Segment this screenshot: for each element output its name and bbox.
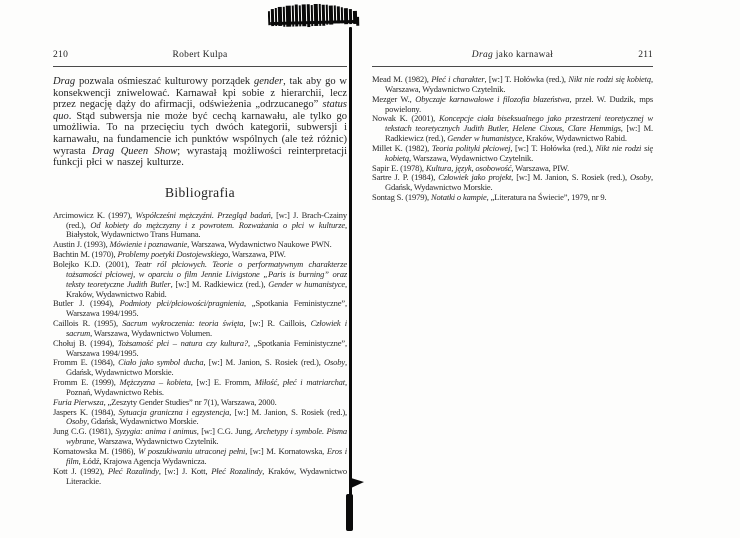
page-right: Drag jako karnawał 211 Mead M. (1982), P…: [372, 50, 653, 203]
bibliography-list-right: Mead M. (1982), Płeć i charakter, [w:] T…: [372, 75, 653, 203]
bibliography-entry: Mezger W., Obyczaje karnawałowe i filozo…: [372, 95, 653, 115]
page-number-left: 210: [53, 50, 68, 60]
bibliography-entry: Fromm E. (1999), Mężczyzna – kobieta, [w…: [53, 378, 347, 398]
bibliography-entry: Jaspers K. (1984), Sytuacja graniczna i …: [53, 408, 347, 428]
bibliography-entry: Nowak K. (2001), Koncepcje ciała biseksu…: [372, 114, 653, 144]
bibliography-entry: Chołuj B. (1994), Tożsamość płci – natur…: [53, 339, 347, 359]
book-spine-blot: [351, 478, 364, 488]
bibliography-entry: Sontag S. (1979), Notatki o kampie, „Lit…: [372, 193, 653, 203]
scanner-ink-smudge-artifact: [268, 3, 361, 28]
page-header-left: 210 Robert Kulpa: [53, 50, 347, 67]
book-spine-foot: [346, 494, 353, 531]
page-header-right: Drag jako karnawał 211: [372, 50, 653, 67]
page-left: 210 Robert Kulpa Drag pozwala ośmieszać …: [53, 50, 347, 486]
bibliography-entry: Fromm E. (1984), Ciało jako symbol ducha…: [53, 358, 347, 378]
running-header-left: Robert Kulpa: [53, 50, 347, 60]
bibliography-entry: Millet K. (1982), Teoria polityki płciow…: [372, 144, 653, 164]
bibliography-entry: Jung C.G. (1981), Syzygia: anima i animu…: [53, 427, 347, 447]
scanned-book-spread: 210 Robert Kulpa Drag pozwala ośmieszać …: [0, 0, 740, 538]
page-number-right: 211: [638, 50, 653, 60]
bibliography-entry: Kornatowska M. (1986), W poszukiwaniu ut…: [53, 447, 347, 467]
running-header-right: Drag jako karnawał: [372, 50, 653, 60]
intro-paragraph: Drag pozwala ośmieszać kulturowy porząde…: [53, 76, 347, 169]
bibliography-entry: Caillois R. (1995), Sacrum wykroczenia: …: [53, 319, 347, 339]
bibliography-entry: Arcimowicz K. (1997), Współcześni mężczy…: [53, 211, 347, 241]
book-spine-shadow: [349, 27, 352, 496]
bibliography-list-left: Arcimowicz K. (1997), Współcześni mężczy…: [53, 211, 347, 487]
bibliography-entry: Bolejko K.D. (2001), Teatr ról płciowych…: [53, 260, 347, 299]
bibliography-entry: Kott J. (1992), Płeć Rozalindy, [w:] J. …: [53, 467, 347, 487]
bibliography-entry: Mead M. (1982), Płeć i charakter, [w:] T…: [372, 75, 653, 95]
bibliography-heading: Bibliografia: [53, 185, 347, 201]
bibliography-entry: Sartre J. P. (1984), Człowiek jako proje…: [372, 173, 653, 193]
bibliography-entry: Butler J. (1994), Podmioty płci/płciowoś…: [53, 299, 347, 319]
